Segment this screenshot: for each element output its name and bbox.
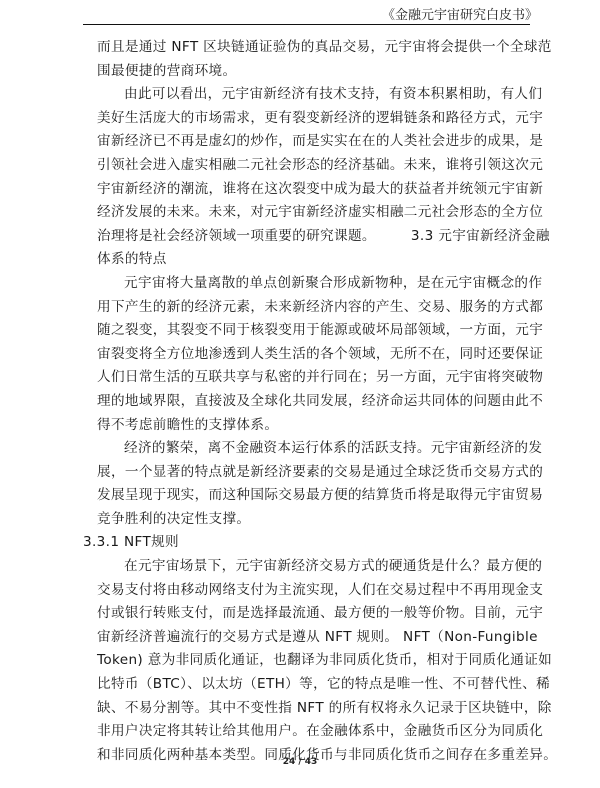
document-body: 而且是通过 NFT 区块链通证验伪的真品交易，元宇宙将会提供一个全球范 围最便捷… [97, 36, 529, 767]
paragraph-start-line: 在元宇宙场景下，元宇宙新经济交易方式的硬通货是什么？最方便的 [97, 555, 529, 579]
text-line: 宇宙新经济的潮流，谁将在这次裂变中成为最大的获益者并统领元宇宙新 [97, 178, 529, 202]
page-number: 24 / 43 [0, 757, 600, 767]
text-line: 缺、不易分割等。其中不变性指 NFT 的所有权将永久记录于区块链中，除 [97, 697, 529, 721]
text-line: 用下产生的新的经济元素，未来新经济内容的产生、交易、服务的方式都 [97, 296, 529, 320]
text-line: 交易支付将由移动网络支付为主流实现，人们在交易过程中不再用现金支 [97, 579, 529, 603]
section-heading-continuation: 体系的特点 [97, 248, 529, 272]
text-line: 随之裂变，其裂变不同于核裂变用于能源或破坏局部领域，一方面，元宇 [97, 319, 529, 343]
paragraph-start-line: 经济的繁荣，离不金融资本运行体系的活跃支持。元宇宙新经济的发 [97, 437, 529, 461]
paragraph-start-line: 元宇宙将大量离散的单点创新聚合形成新物种，是在元宇宙概念的作 [97, 272, 529, 296]
text-line: 引领社会进入虚实相融二元社会形态的经济基础。未来，谁将引领这次元 [97, 154, 529, 178]
text-line-with-section-heading: 治理将是社会经济领域一项重要的研究课题。 3.3 元宇宙新经济金融 [97, 225, 529, 249]
text-line: 展，一个显著的特点就是新经济要素的交易是通过全球泛货币交易方式的 [97, 461, 529, 485]
text-line: 得不考虑前瞻性的支撑体系。 [97, 414, 529, 438]
text-line: 付或银行转账支付，而是选择最流通、最方便的一般等价物。目前，元宇 [97, 602, 529, 626]
text-line: 围最便捷的营商环境。 [97, 60, 529, 84]
document-header-title: 《金融元宇宙研究白皮书》 [382, 4, 538, 23]
text-line: 而且是通过 NFT 区块链通证验伪的真品交易，元宇宙将会提供一个全球范 [97, 36, 529, 60]
subsection-heading: 3.3.1 NFT规则 [83, 531, 529, 555]
text-line: 宙新经济普遍流行的交易方式是遵从 NFT 规则。 NFT（Non-Fungibl… [97, 626, 529, 650]
paragraph-start-line: 由此可以看出，元宇宙新经济有技术支持，有资本积累相助，有人们 [97, 83, 529, 107]
text-line: 非用户决定将其转让给其他用户。在金融体系中，金融货币区分为同质化 [97, 720, 529, 744]
text-line: 人们日常生活的互联共享与私密的并行同在；另一方面，元宇宙将突破物 [97, 366, 529, 390]
text-line: 比特币（BTC）、以太坊（ETH）等，它的特点是唯一性、不可替代性、稀 [97, 673, 529, 697]
text-line: Token) 意为非同质化通证，也翻译为非同质化货币，相对于同质化通证如 [97, 649, 529, 673]
text-line: 美好生活庞大的市场需求，更有裂变新经济的逻辑链条和路径方式，元宇 [97, 107, 529, 131]
text-line: 宙裂变将全方位地渗透到人类生活的各个领域，无所不在，同时还要保证 [97, 343, 529, 367]
text-line: 宙新经济已不再是虚幻的炒作，而是实实在在的人类社会进步的成果，是 [97, 130, 529, 154]
text-line: 理的地域界限，直接波及全球化共同发展，经济命运共同体的问题由此不 [97, 390, 529, 414]
text-line: 发展呈现于现实，而这种国际交易最方便的结算货币将是取得元宇宙贸易 [97, 484, 529, 508]
text-line: 经济发展的未来。未来，对元宇宙新经济虚实相融二元社会形态的全方位 [97, 201, 529, 225]
text-line: 竞争胜利的决定性支撑。 [97, 508, 529, 532]
header-divider [83, 24, 530, 25]
